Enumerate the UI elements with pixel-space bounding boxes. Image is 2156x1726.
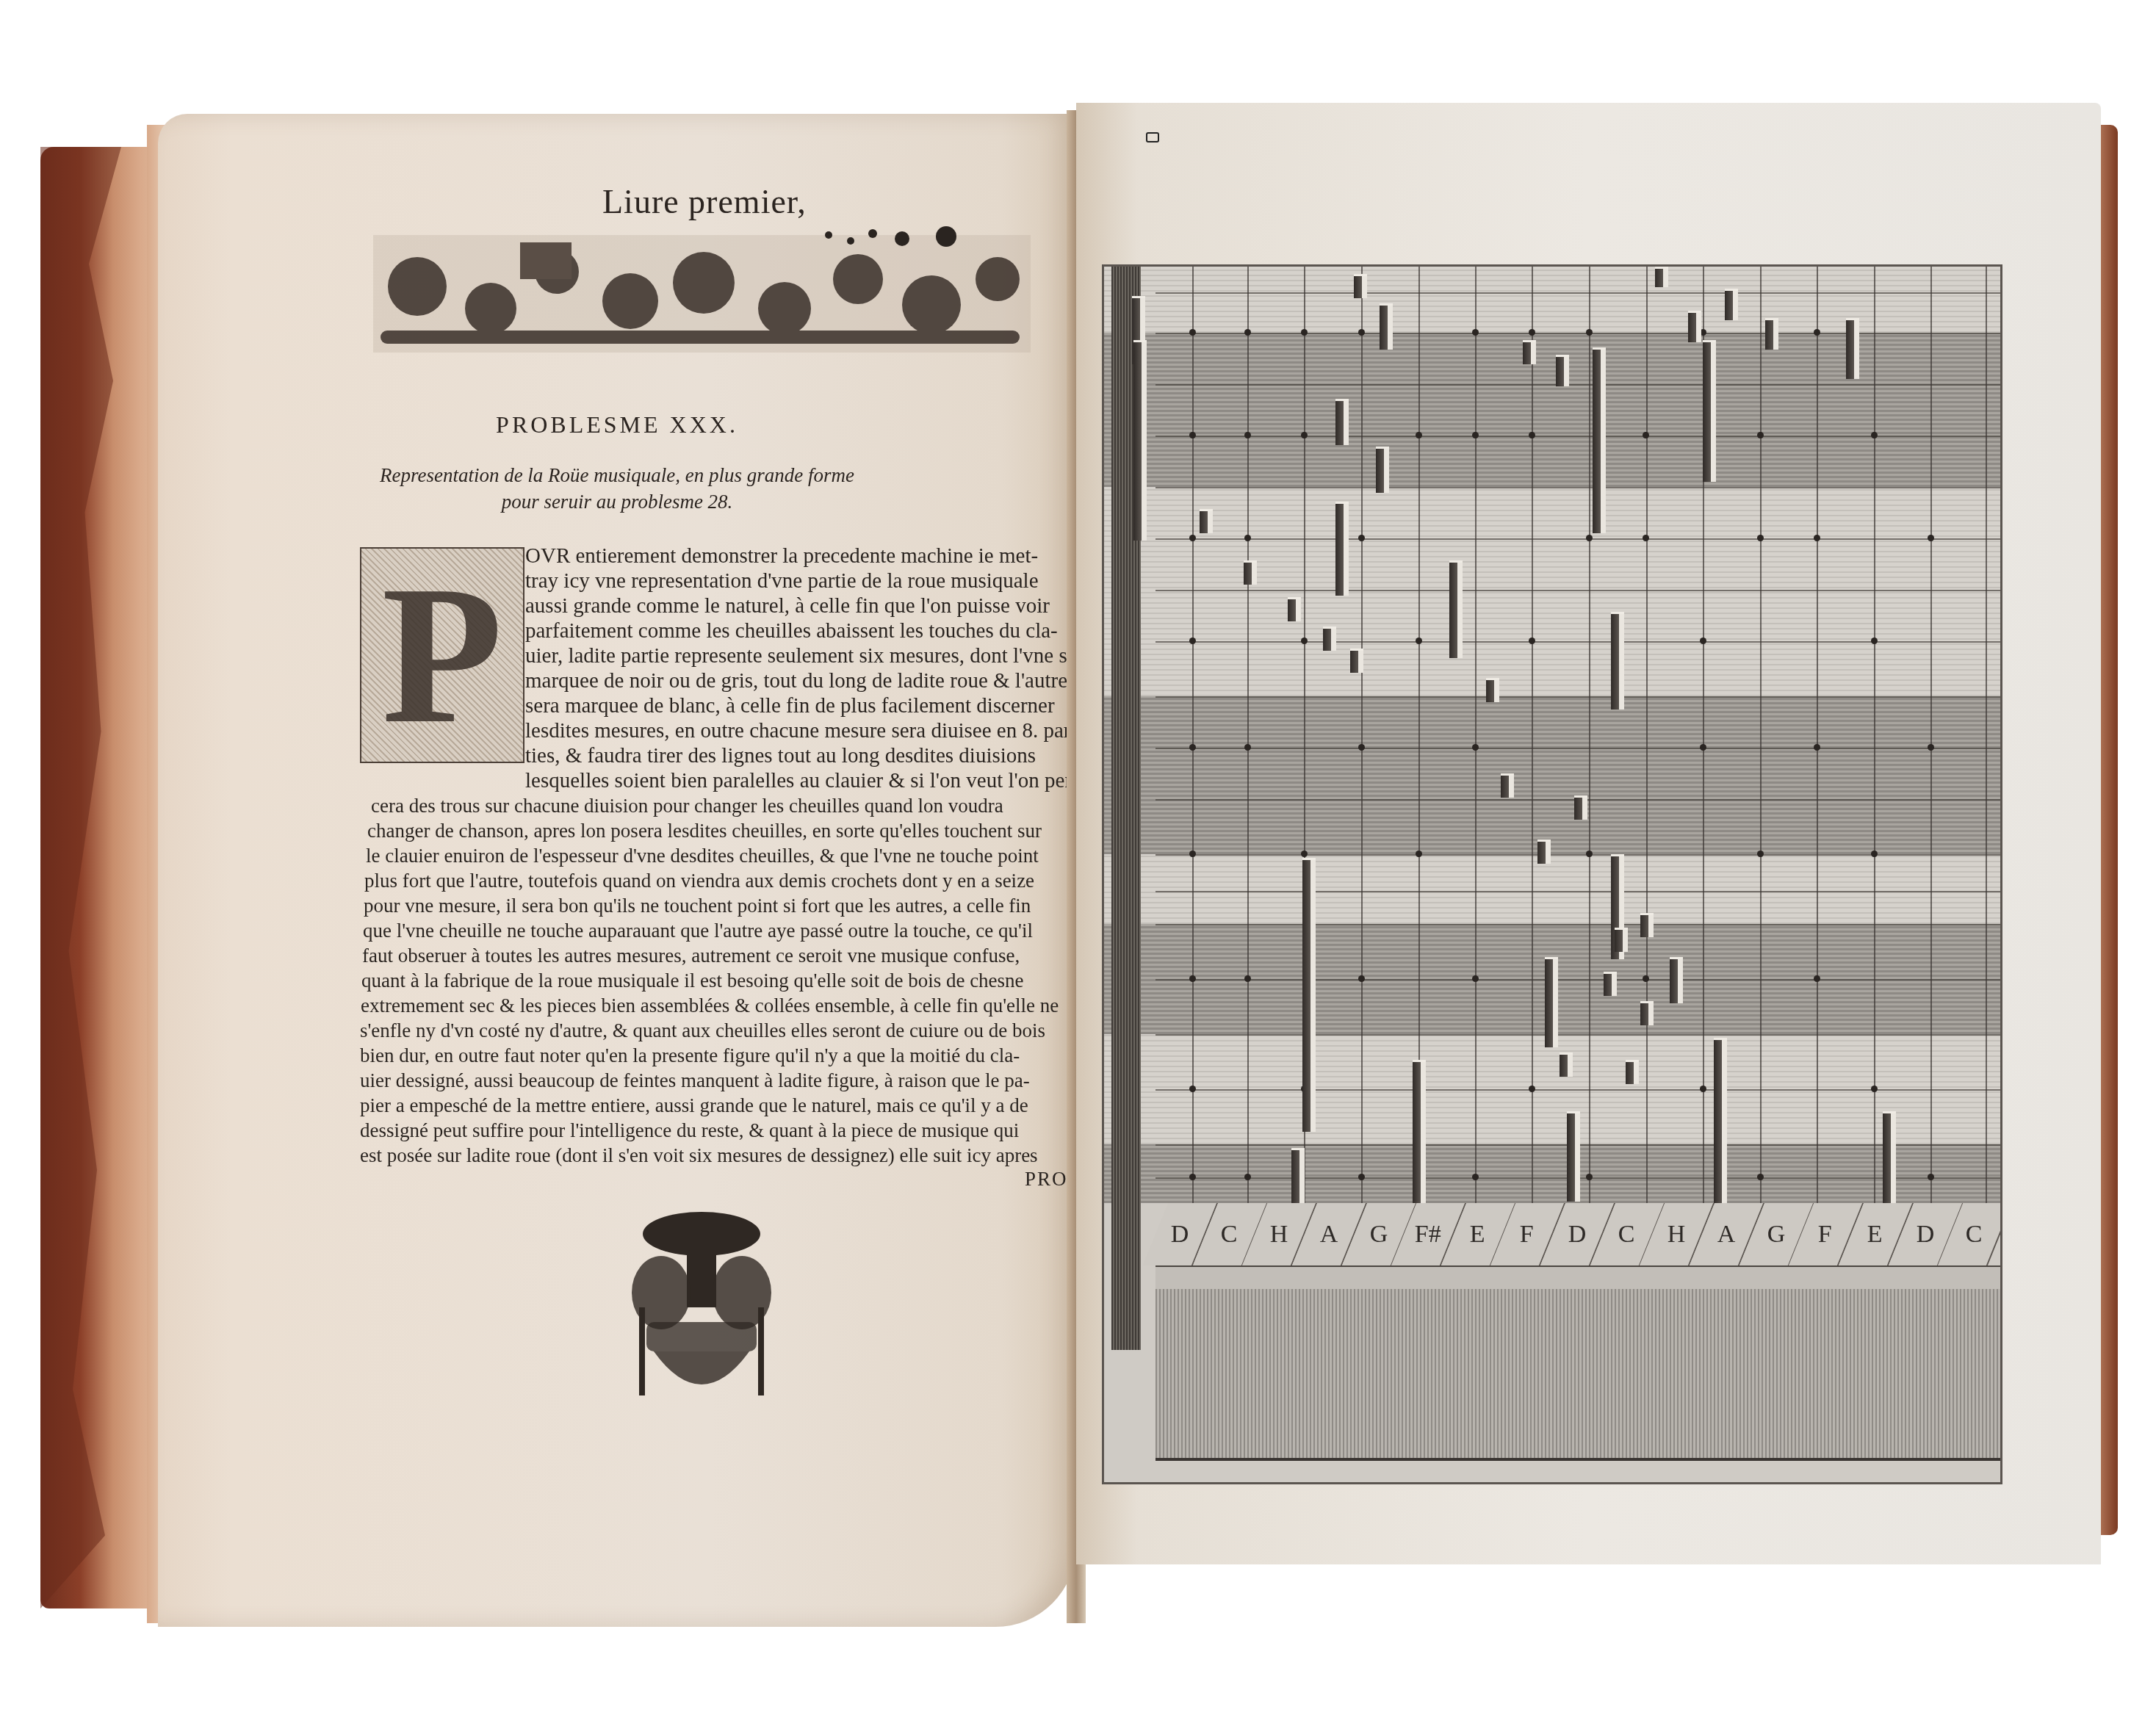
pin bbox=[1323, 627, 1336, 651]
body-line: faut obseruer à toutes les autres mesure… bbox=[362, 943, 1020, 968]
pin bbox=[1545, 957, 1558, 1047]
subtitle-line-1: Representation de la Roüe musiquale, en … bbox=[158, 464, 1076, 487]
body-line: uier dessigné, aussi beaucoup de feintes… bbox=[360, 1068, 1030, 1093]
body-line: quant à la fabrique de la roue musiquale… bbox=[361, 968, 1024, 993]
pin bbox=[1413, 1060, 1426, 1224]
measure-band-dark bbox=[1104, 1144, 2000, 1203]
body-line: dessigné peut suffire pour l'intelligenc… bbox=[360, 1118, 1019, 1143]
dropcap-ornament: P bbox=[360, 547, 524, 763]
body-line: est posée sur ladite roue (dont il s'en … bbox=[360, 1143, 1038, 1168]
pin bbox=[1615, 928, 1628, 952]
pin bbox=[1655, 267, 1668, 287]
keyboard-rail bbox=[1155, 1265, 2000, 1290]
pin bbox=[1846, 318, 1859, 379]
pin bbox=[1640, 913, 1654, 937]
body-line: tray icy vne representation d'vne partie… bbox=[525, 568, 1039, 593]
pin bbox=[1288, 597, 1301, 621]
pin bbox=[1688, 311, 1701, 342]
catchword: PRO bbox=[1025, 1168, 1068, 1191]
pin bbox=[1883, 1111, 1896, 1209]
measure-band-light bbox=[1104, 267, 2000, 333]
pin bbox=[1354, 274, 1367, 298]
body-line: extremement sec & les pieces bien assemb… bbox=[361, 993, 1059, 1018]
subtitle-line-2: pour seruir au problesme 28. bbox=[158, 491, 1076, 513]
pin bbox=[1200, 509, 1213, 533]
measure-band-dark bbox=[1104, 333, 2000, 487]
measure-band-light bbox=[1104, 854, 2000, 924]
page-mark bbox=[1146, 132, 1159, 142]
pin bbox=[1449, 560, 1463, 658]
pin bbox=[1725, 289, 1738, 320]
problem-title: PROBLESME XXX. bbox=[158, 411, 1076, 438]
pin bbox=[1335, 502, 1349, 596]
pin bbox=[1604, 972, 1617, 996]
pin bbox=[1376, 447, 1389, 493]
pin bbox=[1560, 1052, 1573, 1077]
pin bbox=[1670, 957, 1683, 1003]
body-line: pour vne mesure, il sera bon qu'ils ne t… bbox=[364, 893, 1031, 918]
body-line: cera des trous sur chacune diuision pour… bbox=[371, 793, 1003, 818]
pin bbox=[1703, 340, 1716, 482]
pin bbox=[1611, 612, 1624, 709]
pin bbox=[1244, 560, 1257, 585]
pin bbox=[1501, 773, 1514, 798]
pin bbox=[1133, 340, 1147, 541]
pin bbox=[1640, 1001, 1654, 1025]
body-line: sera marquee de blanc, à celle fin de pl… bbox=[525, 693, 1055, 718]
body-line: marquee de noir ou de gris, tout du long… bbox=[525, 668, 1067, 693]
body-line: parfaitement comme les cheuilles abaisse… bbox=[525, 618, 1058, 643]
headpiece-ornament-icon bbox=[373, 220, 1031, 353]
pin bbox=[1486, 678, 1499, 702]
pin bbox=[1765, 318, 1778, 350]
pin bbox=[1574, 795, 1587, 820]
pin bbox=[1714, 1038, 1727, 1209]
measure-band-dark bbox=[1104, 696, 2000, 854]
body-line: bien dur, en outre faut noter qu'en la p… bbox=[360, 1043, 1020, 1068]
tailpiece-ornament-icon bbox=[624, 1205, 779, 1418]
body-line: que l'vne cheuille ne touche auparauant … bbox=[363, 918, 1033, 943]
pin bbox=[1380, 303, 1393, 350]
body-line: lesquelles soient bien paralelles au cla… bbox=[525, 768, 1078, 793]
dropcap-letter: P bbox=[361, 541, 523, 769]
body-line: uier, ladite partie represente seulement… bbox=[525, 643, 1093, 668]
body-line: aussi grande comme le naturel, à celle f… bbox=[525, 593, 1050, 618]
body-line: changer de chanson, apres lon posera les… bbox=[367, 818, 1042, 843]
body-line: ties, & faudra tirer des lignes tout au … bbox=[525, 743, 1036, 768]
body-line: plus fort que l'autre, toutefois quand o… bbox=[364, 868, 1034, 893]
pin bbox=[1335, 399, 1349, 445]
running-head: Liure premier, bbox=[602, 182, 807, 221]
body-line: OVR entierement demonstrer la precedente… bbox=[525, 544, 1038, 568]
body-line: s'enfle ny d'vn costé ny d'autre, & quan… bbox=[360, 1018, 1045, 1043]
pin bbox=[1567, 1111, 1580, 1202]
pin bbox=[1302, 858, 1316, 1132]
pin bbox=[1593, 347, 1606, 533]
pin bbox=[1537, 839, 1551, 864]
body-line: pier a empesché de la mettre entiere, au… bbox=[360, 1093, 1028, 1118]
engraved-plate: D C H A G F# E F D C H A G F E D C bbox=[1102, 264, 2002, 1484]
pin bbox=[1626, 1060, 1639, 1084]
pin bbox=[1556, 355, 1569, 386]
body-line: lesdites mesures, en outre chacune mesur… bbox=[525, 718, 1078, 743]
measure-band-light bbox=[1104, 487, 2000, 696]
keyboard: D C H A G F# E F D C H A G F E D C bbox=[1155, 1203, 2000, 1265]
pin bbox=[1523, 340, 1536, 364]
pin bbox=[1350, 649, 1363, 673]
keyboard-front-panel bbox=[1155, 1289, 2000, 1461]
body-line: le clauier enuiron de l'espesseur d'vne … bbox=[366, 843, 1039, 868]
